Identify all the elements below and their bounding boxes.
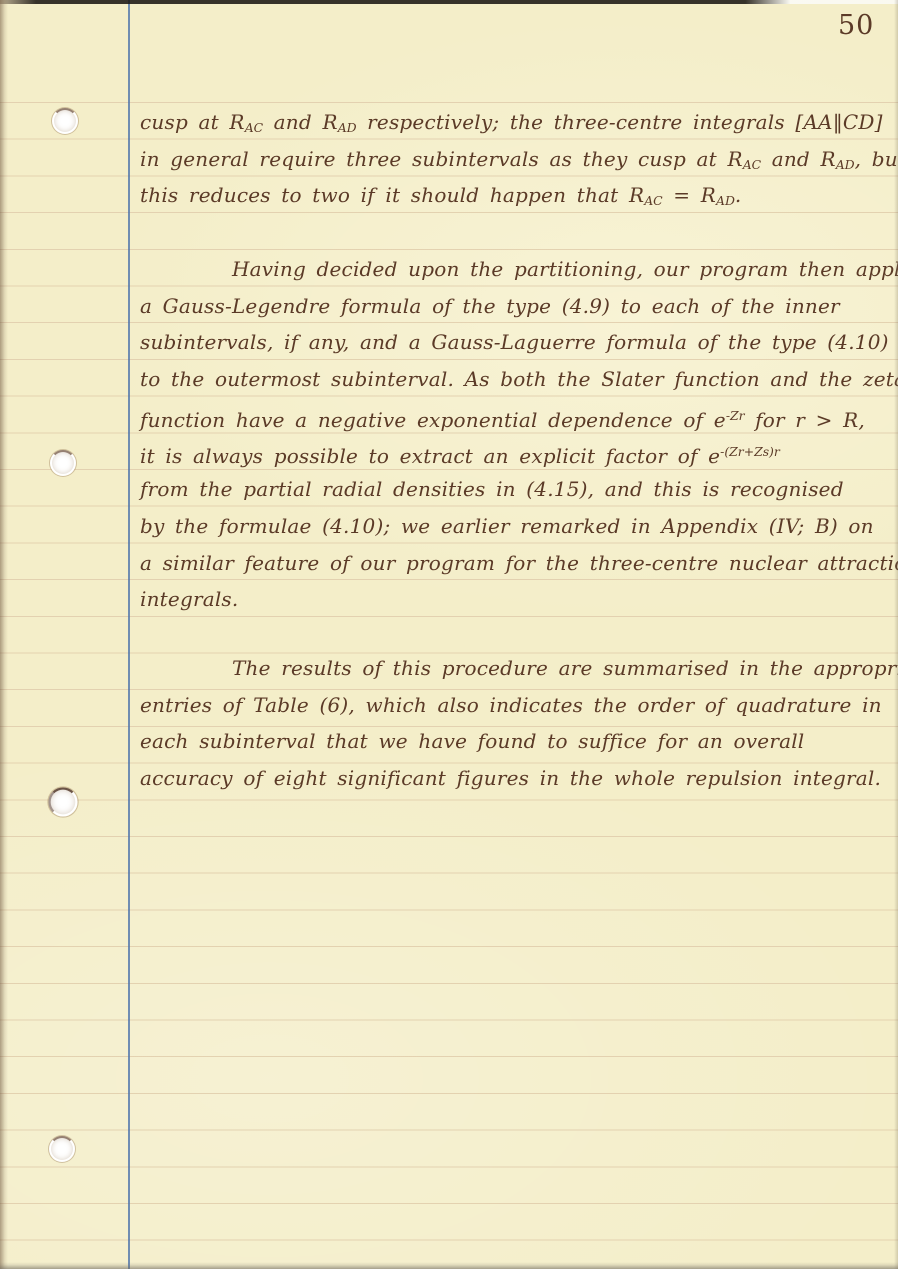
- handwritten-line: subintervals, if any, and a Gauss-Laguer…: [140, 324, 892, 361]
- handwritten-line: to the outermost subinterval. As both th…: [140, 361, 892, 398]
- margin-line: [128, 0, 130, 1269]
- handwritten-line: cusp at RAC and RAD respectively; the th…: [140, 104, 892, 141]
- handwritten-line: each subinterval that we have found to s…: [140, 723, 892, 760]
- handwritten-line: a Gauss-Legendre formula of the type (4.…: [140, 288, 892, 325]
- notebook-page: 50 cusp at RAC and RAD respectively; the…: [0, 0, 898, 1269]
- paragraph: Having decided upon the partitioning, ou…: [140, 251, 892, 618]
- punch-hole: [50, 450, 76, 476]
- handwritten-line: Having decided upon the partitioning, ou…: [140, 251, 892, 288]
- handwritten-line: this reduces to two if it should happen …: [140, 177, 892, 214]
- handwritten-line: function have a negative exponential dep…: [140, 398, 892, 435]
- paragraph: cusp at RAC and RAD respectively; the th…: [140, 104, 892, 214]
- paragraph: The results of this procedure are summar…: [140, 650, 892, 797]
- handwritten-line: by the formulae (4.10); we earlier remar…: [140, 508, 892, 545]
- handwritten-line: from the partial radial densities in (4.…: [140, 471, 892, 508]
- handwritten-line: it is always possible to extract an expl…: [140, 434, 892, 471]
- handwritten-line: in general require three subintervals as…: [140, 141, 892, 178]
- scan-edge-top: [0, 0, 898, 4]
- page-number: 50: [838, 10, 892, 41]
- punch-hole: [52, 108, 78, 134]
- handwritten-line: a similar feature of our program for the…: [140, 545, 892, 582]
- punch-hole: [48, 787, 77, 816]
- handwritten-line: integrals.: [140, 581, 892, 618]
- handwritten-line: accuracy of eight significant figures in…: [140, 760, 892, 797]
- handwritten-line: The results of this procedure are summar…: [140, 650, 892, 687]
- punch-hole: [49, 1136, 75, 1162]
- handwritten-line: entries of Table (6), which also indicat…: [140, 687, 892, 724]
